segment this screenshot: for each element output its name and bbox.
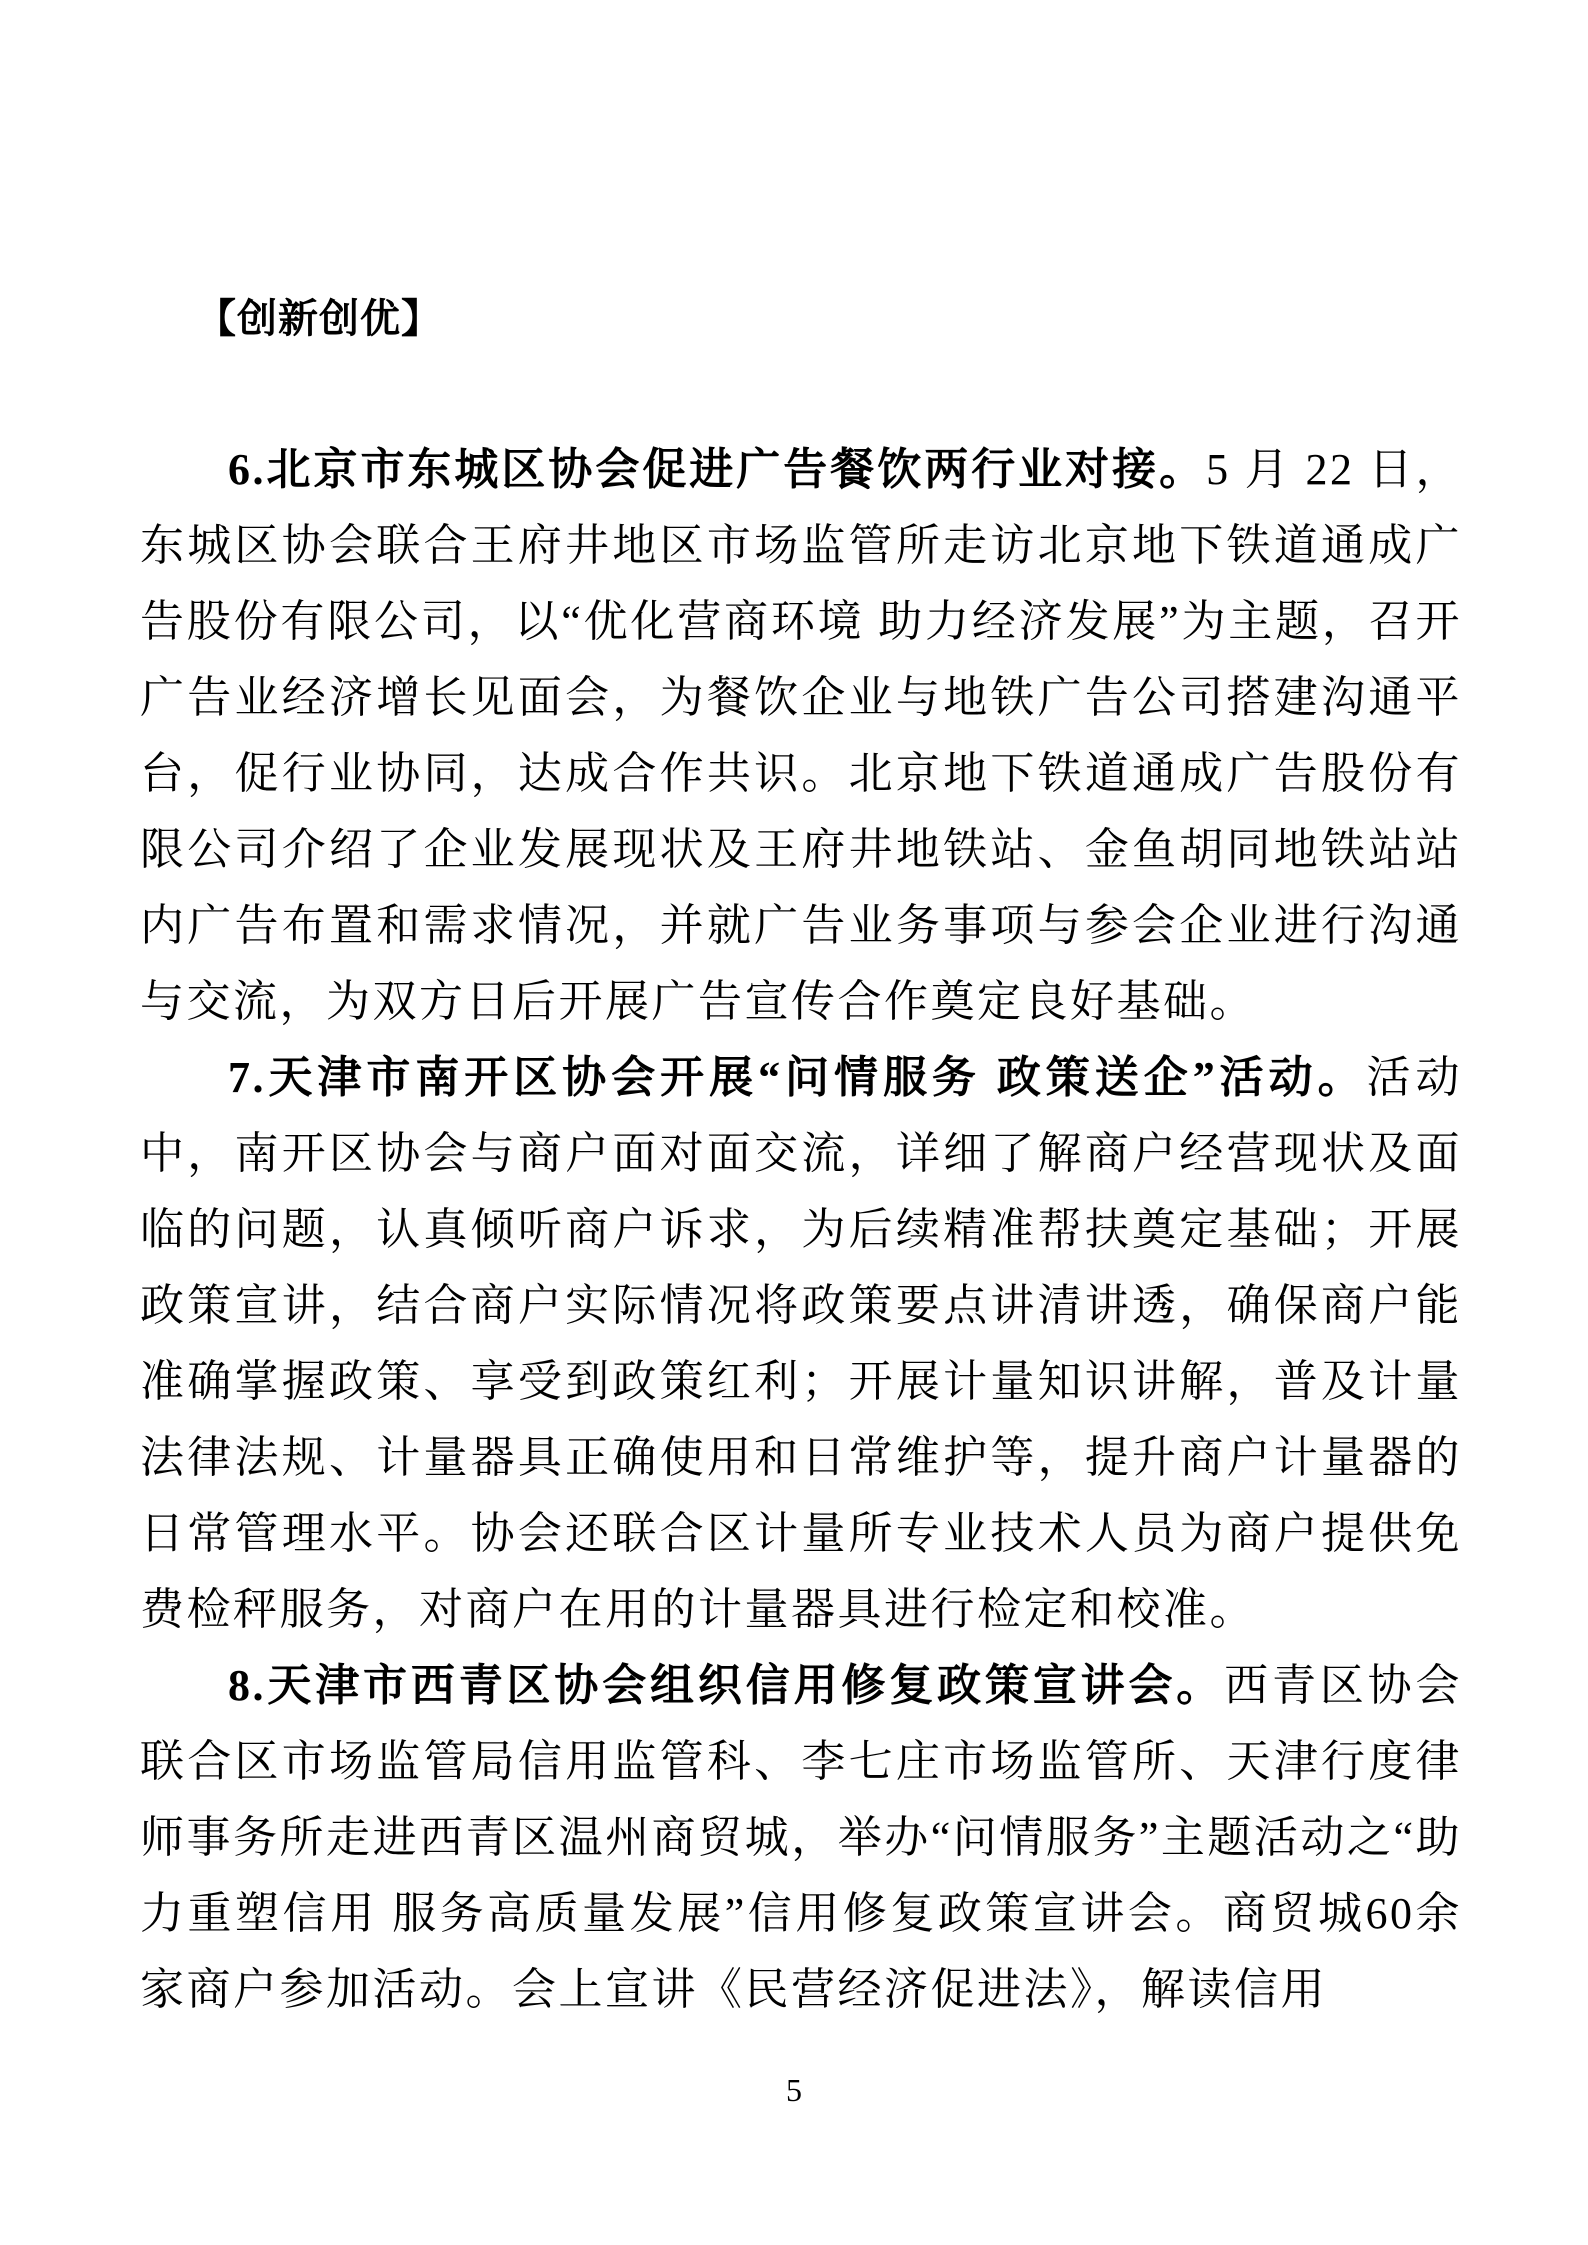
paragraph-item-6: 6.北京市东城区协会促进广告餐饮两行业对接。5 月 22 日，东城区协会联合王府…: [140, 432, 1462, 1040]
document-page: 【创新创优】 6.北京市东城区协会促进广告餐饮两行业对接。5 月 22 日，东城…: [0, 0, 1588, 2245]
paragraph-8-body: 西青区协会联合区市场监管局信用监管科、李七庄市场监管所、天津行度律师事务所走进西…: [140, 1661, 1462, 2014]
paragraph-item-7: 7.天津市南开区协会开展“问情服务 政策送企”活动。活动中，南开区协会与商户面对…: [140, 1040, 1462, 1648]
paragraph-7-lead: 7.天津市南开区协会开展“问情服务 政策送企”活动。: [228, 1053, 1367, 1102]
paragraph-7-body: 活动中，南开区协会与商户面对面交流，详细了解商户经营现状及面临的问题，认真倾听商…: [140, 1053, 1462, 1634]
paragraph-item-8: 8.天津市西青区协会组织信用修复政策宣讲会。西青区协会联合区市场监管局信用监管科…: [140, 1648, 1462, 2028]
paragraph-6-body: 5 月 22 日，东城区协会联合王府井地区市场监管所走访北京地下铁道通成广告股份…: [140, 445, 1462, 1026]
paragraph-6-lead: 6.北京市东城区协会促进广告餐饮两行业对接。: [228, 445, 1206, 494]
page-number: 5: [0, 2072, 1588, 2109]
section-heading: 【创新创优】: [196, 287, 442, 344]
document-body: 6.北京市东城区协会促进广告餐饮两行业对接。5 月 22 日，东城区协会联合王府…: [140, 432, 1462, 2028]
paragraph-8-lead: 8.天津市西青区协会组织信用修复政策宣讲会。: [228, 1661, 1224, 1710]
